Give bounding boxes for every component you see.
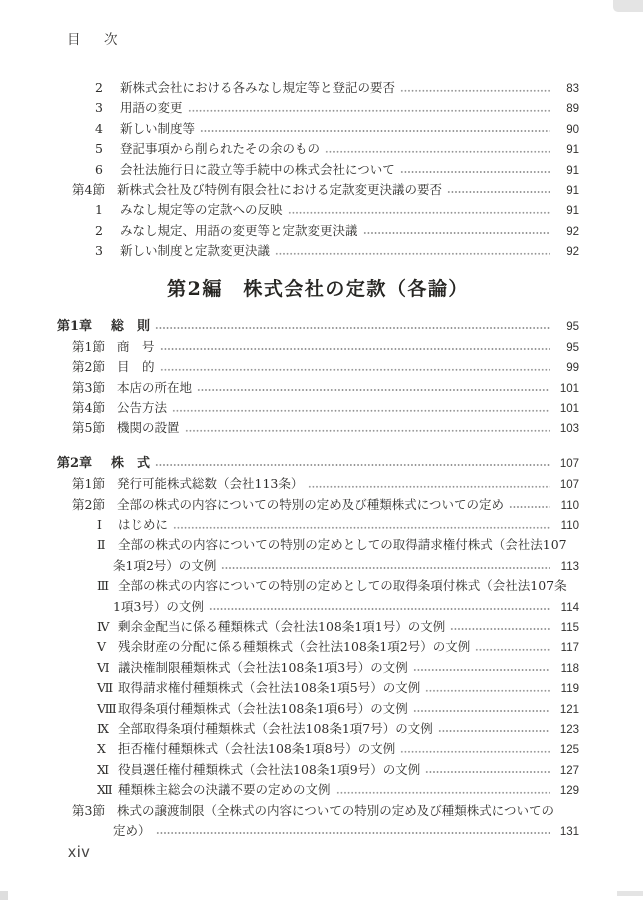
dot-leader bbox=[172, 401, 550, 412]
dot-leader bbox=[188, 101, 550, 112]
scan-artifact-top-right bbox=[613, 0, 643, 12]
dot-leader bbox=[325, 142, 550, 153]
entry-label: 第2章 bbox=[57, 454, 111, 474]
toc-block-chapter2: 第2章株 式107第1節発行可能株式総数（会社113条）107第2節全部の株式の… bbox=[57, 454, 579, 841]
entry-label: Ⅷ bbox=[97, 699, 118, 719]
entry-page-number: 123 bbox=[553, 720, 579, 740]
entry-title: 剰余金配当に係る種類株式（会社法108条1項1号）の文例 bbox=[118, 617, 445, 637]
entry-page-number: 91 bbox=[553, 161, 579, 181]
dot-leader bbox=[156, 824, 550, 835]
entry-label: Ⅺ bbox=[97, 760, 118, 780]
entry-title: 議決権制限種類株式（会社法108条1項3号）の文例 bbox=[118, 658, 408, 678]
scanned-toc-page: 目 次 2新株式会社における各みなし規定等と登記の要否833用語の変更894新し… bbox=[0, 0, 643, 900]
entry-title: 総 則 bbox=[111, 317, 150, 337]
entry-label: Ⅰ bbox=[97, 515, 118, 535]
entry-page-number: 92 bbox=[553, 222, 579, 242]
entry-label: Ⅻ bbox=[97, 780, 118, 800]
dot-leader bbox=[160, 360, 550, 371]
entry-title: 取得条項付種類株式（会社法108条1項6号）の文例 bbox=[118, 699, 408, 719]
toc-entry: 5登記事項から削られたその余のもの91 bbox=[57, 139, 579, 159]
entry-title: 株 式 bbox=[111, 454, 150, 474]
entry-page-number: 129 bbox=[553, 781, 579, 801]
entry-page-number: 127 bbox=[553, 761, 579, 781]
dot-leader bbox=[509, 498, 550, 509]
toc-entry: Ⅶ取得請求権付種類株式（会社法108条1項5号）の文例119 bbox=[57, 678, 579, 698]
dot-leader bbox=[155, 456, 550, 467]
toc-entry: 第1節発行可能株式総数（会社113条）107 bbox=[57, 474, 579, 494]
entry-label: 第1節 bbox=[72, 337, 117, 357]
dot-leader bbox=[413, 702, 550, 713]
entry-title: 本店の所在地 bbox=[117, 378, 192, 398]
entry-page-number: 90 bbox=[553, 120, 579, 140]
entry-title: 用語の変更 bbox=[120, 98, 183, 118]
toc-block-chapter1: 第1章総 則95第1節商 号95第2節目 的99第3節本店の所在地101第4節公… bbox=[57, 317, 579, 439]
entry-title: 新しい制度と定款変更決議 bbox=[120, 241, 270, 261]
entry-title-continuation: 1項3号）の文例 bbox=[113, 597, 204, 617]
page-header: 目 次 bbox=[67, 0, 579, 48]
entry-label: 2 bbox=[95, 78, 120, 98]
toc-entry: 6会社法施行日に設立等手続中の株式会社について91 bbox=[57, 160, 579, 180]
entry-title: 目 的 bbox=[117, 357, 155, 377]
entry-label: 5 bbox=[95, 139, 120, 159]
entry-page-number: 121 bbox=[553, 700, 579, 720]
toc-entry: 第2節目 的99 bbox=[57, 357, 579, 377]
toc-entry: 第5節機関の設置103 bbox=[57, 418, 579, 438]
toc-entry: 第3節本店の所在地101 bbox=[57, 378, 579, 398]
toc-entry: Ⅺ役員選任権付種類株式（会社法108条1項9号）の文例127 bbox=[57, 760, 579, 780]
dot-leader bbox=[155, 319, 550, 330]
dot-leader bbox=[400, 742, 550, 753]
entry-page-number: 119 bbox=[553, 679, 579, 699]
entry-title: 発行可能株式総数（会社113条） bbox=[117, 474, 303, 494]
entry-title: 取得請求権付種類株式（会社法108条1項5号）の文例 bbox=[118, 678, 420, 698]
entry-title: 新しい制度等 bbox=[120, 119, 195, 139]
entry-label: 4 bbox=[95, 119, 120, 139]
toc-entry: 2新株式会社における各みなし規定等と登記の要否83 bbox=[57, 78, 579, 98]
entry-title: 新株式会社における各みなし規定等と登記の要否 bbox=[120, 78, 395, 98]
entry-label: 第2節 bbox=[72, 357, 117, 377]
entry-title: 全部の株式の内容についての特別の定めとしての取得条項付株式（会社法107条 bbox=[118, 576, 567, 596]
toc-entry: Ⅷ取得条項付種類株式（会社法108条1項6号）の文例121 bbox=[57, 699, 579, 719]
entry-page-number: 110 bbox=[553, 496, 579, 516]
dot-leader bbox=[173, 518, 550, 529]
toc-entry: 第3節株式の譲渡制限（全株式の内容についての特別の定め及び種類株式についての bbox=[57, 801, 579, 821]
entry-title-continuation: 条1項2号）の文例 bbox=[113, 556, 216, 576]
dot-leader bbox=[288, 203, 550, 214]
dot-leader bbox=[160, 340, 550, 351]
dot-leader bbox=[209, 600, 550, 611]
entry-title: 新株式会社及び特例有限会社における定款変更決議の要否 bbox=[117, 180, 442, 200]
toc-entry: 3用語の変更89 bbox=[57, 98, 579, 118]
entry-page-number: 99 bbox=[553, 358, 579, 378]
entry-page-number: 110 bbox=[553, 516, 579, 536]
entry-label: 1 bbox=[95, 200, 120, 220]
entry-title-continuation: 定め） bbox=[113, 821, 151, 841]
entry-page-number: 91 bbox=[553, 181, 579, 201]
entry-title: 拒否権付種類株式（会社法108条1項8号）の文例 bbox=[118, 739, 395, 759]
toc-entry: 第1節商 号95 bbox=[57, 337, 579, 357]
entry-page-number: 118 bbox=[553, 659, 579, 679]
dot-leader bbox=[413, 661, 550, 672]
entry-title: 種類株主総会の決議不要の定めの文例 bbox=[118, 780, 331, 800]
dot-leader bbox=[275, 244, 550, 255]
toc-entry-continuation: 1項3号）の文例114 bbox=[57, 597, 579, 617]
entry-label: Ⅸ bbox=[97, 719, 118, 739]
dot-leader bbox=[308, 477, 550, 488]
entry-label: Ⅲ bbox=[97, 576, 118, 596]
toc-entry: 第4節新株式会社及び特例有限会社における定款変更決議の要否91 bbox=[57, 180, 579, 200]
toc-entry: Ⅻ種類株主総会の決議不要の定めの文例129 bbox=[57, 780, 579, 800]
part-title: 第2編 株式会社の定款（各論） bbox=[57, 275, 579, 303]
scan-artifact-bottom-left bbox=[0, 891, 8, 900]
entry-label: 第5節 bbox=[72, 418, 117, 438]
entry-page-number: 101 bbox=[553, 399, 579, 419]
entry-title: 全部取得条項付種類株式（会社法108条1項7号）の文例 bbox=[118, 719, 433, 739]
toc-entry: Ⅸ全部取得条項付種類株式（会社法108条1項7号）の文例123 bbox=[57, 719, 579, 739]
entry-title: みなし規定等の定款への反映 bbox=[120, 200, 283, 220]
dot-leader bbox=[400, 81, 550, 92]
entry-title: 全部の株式の内容についての特別の定めとしての取得請求権付株式（会社法107 bbox=[118, 535, 567, 555]
entry-label: 第1節 bbox=[72, 474, 117, 494]
entry-label: Ⅱ bbox=[97, 535, 118, 555]
toc-content: 目 次 2新株式会社における各みなし規定等と登記の要否833用語の変更894新し… bbox=[57, 0, 579, 841]
entry-page-number: 89 bbox=[553, 99, 579, 119]
entry-page-number: 115 bbox=[553, 618, 579, 638]
entry-title: 全部の株式の内容についての特別の定め及び種類株式についての定め bbox=[117, 495, 504, 515]
entry-label: 第4節 bbox=[72, 398, 117, 418]
entry-label: 3 bbox=[95, 241, 120, 261]
entry-label: 第1章 bbox=[57, 317, 111, 337]
entry-page-number: 92 bbox=[553, 242, 579, 262]
entry-title: 株式の譲渡制限（全株式の内容についての特別の定め及び種類株式についての bbox=[117, 801, 554, 821]
entry-label: Ⅵ bbox=[97, 658, 118, 678]
entry-label: Ⅶ bbox=[97, 678, 118, 698]
toc-entry: 第2節全部の株式の内容についての特別の定め及び種類株式についての定め110 bbox=[57, 495, 579, 515]
dot-leader bbox=[425, 763, 550, 774]
dot-leader bbox=[200, 122, 550, 133]
entry-page-number: 95 bbox=[553, 338, 579, 358]
entry-page-number: 107 bbox=[553, 475, 579, 495]
entry-label: 第3節 bbox=[72, 801, 117, 821]
toc-entry: 2みなし規定、用語の変更等と定款変更決議92 bbox=[57, 221, 579, 241]
toc-entry: 第1章総 則95 bbox=[57, 317, 579, 337]
toc-entry: 4新しい制度等90 bbox=[57, 119, 579, 139]
entry-label: Ⅳ bbox=[97, 617, 118, 637]
entry-page-number: 113 bbox=[553, 557, 579, 577]
entry-page-number: 91 bbox=[553, 140, 579, 160]
entry-label: Ⅹ bbox=[97, 739, 118, 759]
entry-label: Ⅴ bbox=[97, 637, 118, 657]
entry-title: 会社法施行日に設立等手続中の株式会社について bbox=[120, 160, 395, 180]
entry-page-number: 95 bbox=[553, 317, 579, 337]
dot-leader bbox=[450, 620, 550, 631]
entry-page-number: 114 bbox=[553, 598, 579, 618]
toc-entry: Ⅹ拒否権付種類株式（会社法108条1項8号）の文例125 bbox=[57, 739, 579, 759]
toc-entry-continuation: 定め）131 bbox=[57, 821, 579, 841]
entry-title: 公告方法 bbox=[117, 398, 167, 418]
entry-page-number: 117 bbox=[553, 638, 579, 658]
entry-page-number: 83 bbox=[553, 79, 579, 99]
entry-label: 6 bbox=[95, 160, 120, 180]
entry-page-number: 91 bbox=[553, 201, 579, 221]
toc-block-intro: 2新株式会社における各みなし規定等と登記の要否833用語の変更894新しい制度等… bbox=[57, 78, 579, 262]
toc-entry: Ⅳ剰余金配当に係る種類株式（会社法108条1項1号）の文例115 bbox=[57, 617, 579, 637]
entry-label: 3 bbox=[95, 98, 120, 118]
dot-leader bbox=[438, 722, 550, 733]
toc-entry: Ⅵ議決権制限種類株式（会社法108条1項3号）の文例118 bbox=[57, 658, 579, 678]
entry-page-number: 101 bbox=[553, 379, 579, 399]
entry-title: 登記事項から削られたその余のもの bbox=[120, 139, 320, 159]
dot-leader bbox=[475, 640, 550, 651]
entry-title: 役員選任権付種類株式（会社法108条1項9号）の文例 bbox=[118, 760, 420, 780]
entry-title: 機関の設置 bbox=[117, 418, 180, 438]
entry-page-number: 131 bbox=[553, 822, 579, 842]
toc-entry: Ⅱ全部の株式の内容についての特別の定めとしての取得請求権付株式（会社法107 bbox=[57, 535, 579, 555]
dot-leader bbox=[336, 783, 550, 794]
entry-title: 残余財産の分配に係る種類株式（会社法108条1項2号）の文例 bbox=[118, 637, 470, 657]
toc-entry: 第2章株 式107 bbox=[57, 454, 579, 474]
entry-label: 第2節 bbox=[72, 495, 117, 515]
dot-leader bbox=[363, 224, 550, 235]
toc-entry: 3新しい制度と定款変更決議92 bbox=[57, 241, 579, 261]
dot-leader bbox=[447, 183, 550, 194]
toc-entry: Ⅲ全部の株式の内容についての特別の定めとしての取得条項付株式（会社法107条 bbox=[57, 576, 579, 596]
entry-title: 商 号 bbox=[117, 337, 155, 357]
dot-leader bbox=[185, 421, 550, 432]
entry-page-number: 103 bbox=[553, 419, 579, 439]
dot-leader bbox=[221, 559, 550, 570]
page-number: xiv bbox=[68, 844, 91, 862]
entry-label: 第3節 bbox=[72, 378, 117, 398]
entry-label: 第4節 bbox=[72, 180, 117, 200]
toc-entry-continuation: 条1項2号）の文例113 bbox=[57, 556, 579, 576]
toc-entry: 1みなし規定等の定款への反映91 bbox=[57, 200, 579, 220]
entry-title: はじめに bbox=[118, 515, 168, 535]
dot-leader bbox=[197, 381, 550, 392]
scan-artifact-bottom-right bbox=[617, 891, 643, 896]
toc-entry: 第4節公告方法101 bbox=[57, 398, 579, 418]
entry-label: 2 bbox=[95, 221, 120, 241]
entry-title: みなし規定、用語の変更等と定款変更決議 bbox=[120, 221, 358, 241]
entry-page-number: 125 bbox=[553, 740, 579, 760]
toc-entry: Ⅰはじめに110 bbox=[57, 515, 579, 535]
dot-leader bbox=[400, 163, 550, 174]
entry-page-number: 107 bbox=[553, 454, 579, 474]
toc-entry: Ⅴ残余財産の分配に係る種類株式（会社法108条1項2号）の文例117 bbox=[57, 637, 579, 657]
dot-leader bbox=[425, 681, 550, 692]
